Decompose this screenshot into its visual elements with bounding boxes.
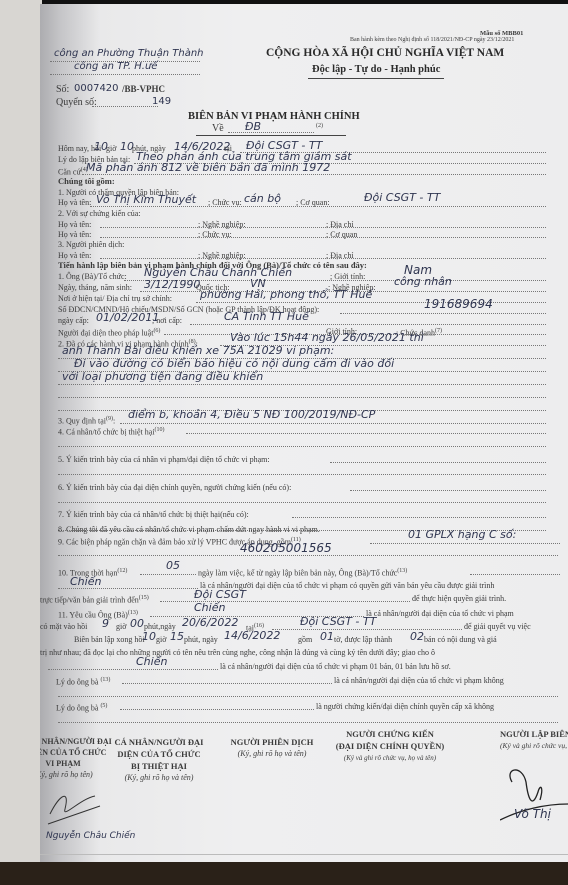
agency-line2: công an TP. H.ưế (74, 61, 157, 73)
members-s2: 2. Với sự chứng kiến của: (58, 208, 141, 219)
s5-label: 5. Ý kiến trình bày của cá nhân vi phạm/… (58, 454, 270, 465)
s6-dots2 (58, 502, 546, 503)
s2-line3: Đi vào đường có biển báo hiệu có nội dun… (74, 358, 394, 370)
sig-col4-l1: NGƯỜI CHỨNG KIẾN (330, 728, 450, 740)
recv-person: Chiến (136, 656, 167, 668)
pages-text: tờ, được lập thành (334, 634, 392, 645)
gio-label: giờ (106, 143, 116, 154)
s11-place-dots (272, 629, 462, 630)
s11-hour: 9 (102, 618, 109, 630)
sig-col1-l3: VI PHẠM (40, 758, 98, 769)
s11-label: 11. Yêu cầu Ông (Bà)(13) (58, 608, 138, 621)
sig-col5-note: (Ký và ghi rõ chức vụ, họ và tên) (500, 740, 568, 752)
copies-value: 02 (410, 631, 424, 643)
quyen-value: 149 (152, 96, 171, 108)
s8-label: 8. Chúng tôi đã yêu cầu cá nhân/tổ chức … (58, 524, 320, 535)
witness-dots2 (100, 237, 546, 238)
issue-date: 01/02/2011 (96, 312, 159, 324)
reason1-label-text: Lý do ông bà (56, 678, 98, 687)
done-date: 14/6/2022 (224, 630, 280, 642)
document-page: Mẫu số MBB01 Ban hành kèm theo Nghị định… (40, 4, 568, 864)
witness-agency-label: ; Cơ quan (326, 229, 357, 240)
violator-id-dots (340, 313, 546, 314)
s10-to: Đội CSGT (194, 589, 246, 601)
violator-signer-name: Nguyễn Châu Chiến (46, 830, 135, 842)
s11-label-text: 11. Yêu cầu Ông (Bà) (58, 611, 128, 620)
so-value: 0007420 (74, 83, 119, 95)
ve-value: ĐB (245, 121, 261, 133)
witness-pos-label: ; Chức vụ: (198, 229, 232, 240)
officer-signer-name: Võ Thị (514, 808, 551, 820)
sig-col4-l2: (ĐẠI DIỆN CHÍNH QUYỀN) (330, 740, 450, 752)
issue-dots (190, 324, 546, 325)
motto: Độc lập - Tự do - Hạnh phúc (312, 64, 440, 76)
s11-text2: để giải quyết vụ việc (464, 621, 531, 632)
s10-text3-span: trực tiếp/văn bản giải trình đến (40, 596, 139, 605)
violator-job: công nhân (394, 276, 452, 288)
issue-place: CA Tỉnh TT Huế (224, 311, 309, 323)
so-label: Số: (56, 84, 69, 95)
sig-col2-l1: CÁ NHÂN/NGƯỜI ĐẠI (104, 736, 214, 748)
sig-col2-title: CÁ NHÂN/NGƯỜI ĐẠI DIỆN CỦA TỔ CHỨC BỊ TH… (104, 736, 214, 784)
basis-dots (82, 174, 546, 175)
s4-dots (186, 433, 546, 434)
reason2-label-text: Lý do ông bà (56, 704, 98, 713)
pages-value: 01 (320, 631, 334, 643)
recv-dots (48, 669, 218, 670)
s10-text-span: ngày làm việc, kể từ ngày lập biên bản n… (198, 569, 397, 578)
witness-reason-dots (120, 709, 314, 710)
violator-dob-label: Ngày, tháng, năm sinh: (58, 282, 132, 293)
refuse-text: là cá nhân/người đại diện của tổ chức vi… (334, 675, 504, 686)
agency-dots2 (50, 74, 200, 75)
officer-dots (90, 206, 546, 207)
sig-col1-title: CÁ NHÂN/NGƯỜI ĐẠI DIỆN CỦA TỔ CHỨC VI PH… (40, 736, 98, 780)
sig-col3-note: (Ký, ghi rõ họ và tên) (220, 748, 324, 760)
s10-text: ngày làm việc, kể từ ngày lập biên bản n… (198, 566, 407, 579)
violator-address-label: Nơi ở hiện tại/ Địa chỉ trụ sở chính: (58, 293, 172, 304)
copies-text: bản có nội dung và giá (424, 634, 497, 645)
s5-dots (330, 462, 546, 463)
officer-agency: Đội CSGT - TT (364, 192, 440, 204)
s4-label-text: 4. Cá nhân/tổ chức bị thiệt hại (58, 428, 155, 437)
done-phut: phút, ngày (184, 634, 218, 645)
sig-col1-note: (Ký, ghi rõ họ tên) (40, 769, 98, 780)
s11-text: là cá nhân/người đại diện của tổ chức vi… (366, 608, 514, 619)
sig-col5-l1: NGƯỜI LẬP BIÊN BẢN (500, 728, 568, 740)
read-text: trị như nhau; đã đọc lại cho những người… (40, 647, 435, 658)
s11-person: Chiến (194, 602, 225, 614)
s10-dots (470, 574, 560, 575)
officer-name-label: Họ và tên: (58, 197, 91, 208)
basis-value: Mã phản ánh 812 về biên bản đã mình 1972 (86, 162, 330, 174)
ve-sup: (2) (316, 121, 323, 132)
title-underline (196, 135, 346, 136)
recv-text: là cá nhân/người đại diện của tổ chức vi… (220, 661, 451, 672)
s10-text4: để thực hiện quyền giải trình. (412, 593, 506, 604)
done-hour: 10 (142, 631, 156, 643)
s11-min: 00 (130, 618, 144, 630)
reason1-dots (122, 683, 332, 684)
reason2-label: Lý do ông bà (5) (56, 701, 107, 714)
s11-at-label: có mặt vào hồi (40, 621, 87, 632)
members-heading: Chúng tôi gồm: (58, 176, 115, 187)
s11-date: 20/6/2022 (182, 617, 238, 629)
violator-address-dots (196, 302, 546, 303)
quyen-label: Quyển số: (56, 97, 97, 108)
witness-reason-dots2 (58, 722, 558, 723)
reason2-sup: (5) (100, 703, 107, 709)
witness-text: là người chứng kiến/đại diện chính quyền… (316, 701, 494, 712)
s4-label: 4. Cá nhân/tổ chức bị thiệt hại(10) (58, 425, 165, 438)
country-name: CỘNG HÒA XÃ HỘI CHỦ NGHĨA VIỆT NAM (266, 47, 504, 60)
form-decree: Ban hành kèm theo Nghị định số 118/2021/… (350, 35, 514, 46)
s7-dots (292, 517, 546, 518)
s2-dots5 (58, 397, 546, 398)
reason1-dots2 (58, 696, 558, 697)
sig-col3-title: NGƯỜI PHIÊN DỊCH (Ký, ghi rõ họ và tên) (220, 736, 324, 760)
document-title: BIÊN BẢN VI PHẠM HÀNH CHÍNH (188, 111, 360, 123)
s6-label: 6. Ý kiến trình bày của đại diện chính q… (58, 482, 291, 493)
sig-col1-l1: CÁ NHÂN/NGƯỜI ĐẠI (40, 736, 98, 747)
agency-line1: công an Phường Thuận Thành (54, 48, 204, 60)
violator-name-label: 1. Ông (Bà)/Tổ chức: (58, 271, 127, 282)
quyen-dots (92, 106, 158, 107)
sig-col2-l2: DIỆN CỦA TỔ CHỨC (104, 748, 214, 760)
s7-label: 7. Ý kiến trình bày của cá nhân/tổ chức … (58, 509, 249, 520)
ve-label: Về (212, 123, 224, 134)
s2-line4: với loại phương tiện đang điều khiển (62, 371, 263, 383)
issue-date-label: ngày cấp: (58, 315, 89, 326)
s9-dots (370, 543, 560, 544)
s11-gio: giờ (116, 621, 126, 632)
page-bottom-edge (40, 854, 568, 855)
violator-address: phường Hải, phong thổ, TT Huế (200, 289, 372, 301)
s3-dots (120, 423, 546, 424)
pages-label: gồm (298, 634, 312, 645)
s11-place: Đội CSGT - TT (300, 616, 376, 628)
s6-dots (350, 490, 546, 491)
reason1-sup: (13) (100, 677, 110, 683)
translator-dots (100, 258, 546, 259)
s10-days: 05 (166, 560, 180, 572)
s9-value2: 460205001565 (240, 542, 332, 554)
s9-dots2 (58, 555, 558, 556)
done-min: 15 (170, 631, 184, 643)
sig-col3-l1: NGƯỜI PHIÊN DỊCH (220, 736, 324, 748)
s10-person: Chiến (70, 576, 101, 588)
s2-line1: Vào lúc 15h44 ngày 26/05/2021 thì (230, 332, 424, 344)
done-label: Biên bản lập xong hồi (74, 634, 145, 645)
witness-dots1 (100, 227, 546, 228)
officer-position: cán bộ (244, 193, 281, 205)
officer-name: Võ Thị Kim Thuyết (96, 194, 196, 206)
s10-person-dots (58, 588, 198, 589)
s5-dots2 (58, 474, 546, 475)
s3-value: điểm b, khoản 4, Điều 5 NĐ 100/2019/NĐ-C… (128, 409, 375, 421)
so-suffix: /BB-VPHC (122, 84, 165, 95)
s9-value1: 01 GPLX hạng C số: (408, 529, 516, 541)
sig-col5-title: NGƯỜI LẬP BIÊN BẢN (Ký và ghi rõ chức vụ… (500, 728, 568, 752)
s4-dots2 (58, 446, 546, 447)
s10-text3: trực tiếp/văn bản giải trình đến(15) (40, 593, 149, 606)
s10-days-dots (140, 574, 196, 575)
sig-col4-note: (Ký và ghi rõ chức vụ, họ và tên) (330, 752, 450, 764)
ve-dots (228, 132, 314, 133)
background-table (0, 0, 42, 885)
done-gio: giờ (156, 634, 166, 645)
members-s3: 3. Người phiên dịch: (58, 239, 124, 250)
sig-col1-l2: DIỆN CỦA TỔ CHỨC (40, 747, 98, 758)
issue-place-label: ; nơi cấp: (152, 315, 182, 326)
motto-underline (308, 78, 444, 79)
s2-dots4 (58, 384, 546, 385)
sig-col2-note: (Ký, ghi rõ họ và tên) (104, 772, 214, 784)
violator-dob: 3/12/1990 (144, 279, 200, 291)
reason1-label: Lý do ông bà (13) (56, 675, 110, 688)
background-bottom (0, 862, 568, 885)
s2-line2: anh Thanh Bài điều khiển xe 75A 21029 vi… (62, 345, 334, 357)
sig-col2-l3: BỊ THIỆT HẠI (104, 760, 214, 772)
sig-col4-title: NGƯỜI CHỨNG KIẾN (ĐẠI DIỆN CHÍNH QUYỀN) … (330, 728, 450, 764)
violator-id: 191689694 (424, 298, 493, 310)
